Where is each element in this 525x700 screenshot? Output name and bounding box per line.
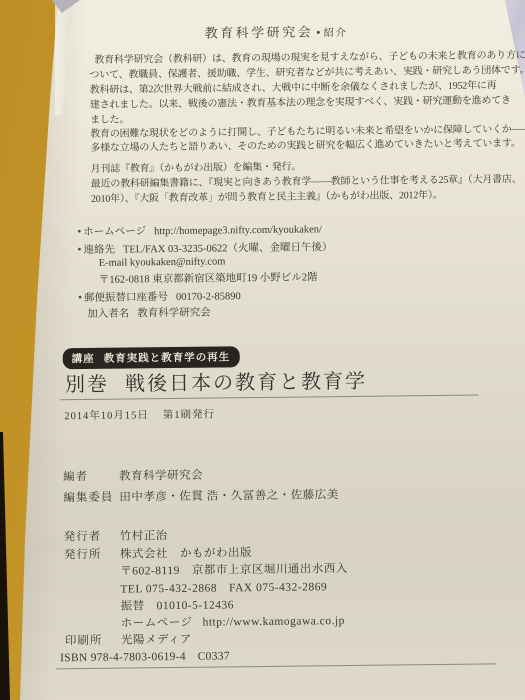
postal-account-row: ●郵便振替口座番号00170-2-85890 xyxy=(78,288,241,305)
book-colophon-photo: 教育科学研究会●紹介 教育科学研究会（教科研）は、教育の現場の現実を見すえながら… xyxy=(0,0,525,700)
printer-label: 印刷所 xyxy=(65,632,121,649)
publication-line: 最近の教科研編集書籍に、『現実と向きあう教育学——教師という仕事を考える25章』… xyxy=(91,173,522,191)
volume-title: 別巻戦後日本の教育と教育学 xyxy=(65,365,367,397)
publisher-telfax: TEL 075-432-2868 FAX 075-432-2869 xyxy=(120,581,327,595)
org-name: 教育科学研究会 xyxy=(205,24,314,40)
intro-heading: 教育科学研究会●紹介 xyxy=(136,20,416,43)
page-content: 教育科学研究会●紹介 教育科学研究会（教科研）は、教育の現場の現実を見すえながら… xyxy=(0,0,525,700)
contact-address-row: 〒162-0818 東京都新宿区築地町19 小野ビル2階 xyxy=(99,269,318,286)
publisher-tel-row: TEL 075-432-2868 FAX 075-432-2869 xyxy=(120,578,327,596)
committee-label: 編集委員 xyxy=(63,489,119,506)
series-badge-label: 講座 xyxy=(72,352,95,364)
publisher-homepage-url: http://www.kamogawa.co.jp xyxy=(202,615,345,629)
postal-account-label: 郵便振替口座番号 xyxy=(84,292,168,304)
bullet-icon: ● xyxy=(77,228,81,235)
postal-member-row: 加入者名教育科学研究会 xyxy=(87,305,211,321)
volume-title-text: 戦後日本の教育と教育学 xyxy=(125,371,367,396)
publisher-homepage-row: ホームページhttp://www.kamogawa.co.jp xyxy=(121,612,345,631)
about-line: 建されました。以来、戦後の憲法・教育基本法の理念を実現すべく、実践・研究運動を進… xyxy=(90,94,511,112)
printer-value: 光陽メディア xyxy=(121,634,192,647)
publisher-value: 株式会社 かもがわ出版 xyxy=(120,547,252,560)
publisher-row: 発行所株式会社 かもがわ出版 xyxy=(64,544,252,562)
contact-email-row: E-mail kyoukaken@nifty.com xyxy=(99,256,226,268)
publish-date: 2014年10月15日 xyxy=(64,410,149,422)
email-value: E-mail kyoukaken@nifty.com xyxy=(99,256,226,268)
publisher-label: 発行所 xyxy=(64,546,120,563)
telfax-value: TEL/FAX 03-3235-0622（火曜、金曜日午後） xyxy=(123,242,333,255)
publication-line: 2010年）、『大阪「教育改革」が問う教育と民主主義』（かもがわ出版、2012年… xyxy=(91,189,443,206)
member-label: 加入者名 xyxy=(87,308,129,319)
publisher-transfer-row: 振替 01010-5-12436 xyxy=(120,596,234,613)
issuer-row: 発行者竹村正治 xyxy=(64,527,168,544)
member-value: 教育科学研究会 xyxy=(137,308,211,320)
publisher-transfer: 振替 01010-5-12436 xyxy=(120,599,234,612)
edition-text: 第1刷発行 xyxy=(163,410,215,422)
publication-line: 月刊誌『教育』（かもがわ出版）を編集・発行。 xyxy=(91,161,302,176)
edition-date-line: 2014年10月15日第1刷発行 xyxy=(64,407,215,424)
bullet-icon: ● xyxy=(78,294,82,301)
bullet-icon: ● xyxy=(77,246,81,253)
address-value: 〒162-0818 東京都新宿区築地町19 小野ビル2階 xyxy=(99,272,318,285)
homepage-url: http://homepage3.nifty.com/kyoukaken/ xyxy=(154,224,322,237)
issuer-value: 竹村正治 xyxy=(120,530,168,543)
volume-label: 別巻 xyxy=(65,374,109,396)
bullet-icon: ● xyxy=(316,28,320,36)
printer-row: 印刷所光陽メディア xyxy=(65,631,192,648)
series-badge-title: 教育実践と教育学の再生 xyxy=(104,351,231,364)
publisher-address-row: 〒602-8119 京都市上京区堀川通出水西入 xyxy=(120,560,348,579)
editor-value: 教育科学研究会 xyxy=(119,470,203,483)
editor-row: 編者教育科学研究会 xyxy=(63,467,203,485)
contact-homepage-row: ●ホームページhttp://homepage3.nifty.com/kyouka… xyxy=(77,221,322,239)
contact-label: 連絡先 xyxy=(83,245,115,256)
issuer-label: 発行者 xyxy=(64,528,120,545)
postal-account-number: 00170-2-85890 xyxy=(176,291,241,303)
homepage-label: ホームページ xyxy=(83,226,146,238)
isbn-line: ISBN 978-4-7803-0619-4 C0337 xyxy=(60,647,230,665)
publisher-homepage-label: ホームページ xyxy=(121,617,193,630)
committee-row: 編集委員田中孝彦・佐貫 浩・久冨善之・佐藤広美 xyxy=(63,486,339,505)
intro-heading-label: 紹介 xyxy=(323,28,347,39)
contact-tel-row: ●連絡先TEL/FAX 03-3235-0622（火曜、金曜日午後） xyxy=(77,239,332,257)
publisher-address: 〒602-8119 京都市上京区堀川通出水西入 xyxy=(120,563,348,578)
editor-label: 編者 xyxy=(63,468,119,485)
about-line: ました。 xyxy=(90,113,129,126)
committee-value: 田中孝彦・佐貫 浩・久冨善之・佐藤広美 xyxy=(119,489,338,503)
